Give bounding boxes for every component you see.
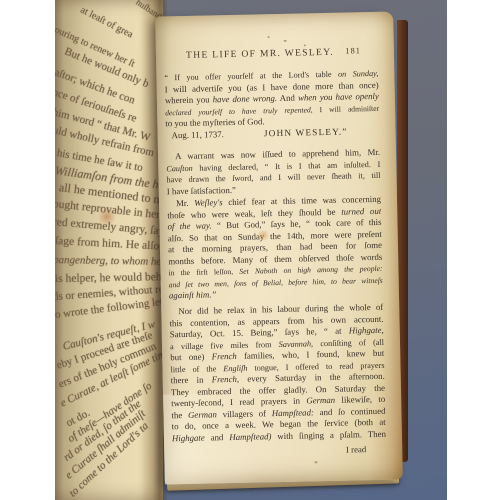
photo-canvas: huſband, dat leaſt of greaouring to rene…	[0, 0, 500, 500]
foxing-speck	[314, 461, 317, 463]
page-number: 181	[345, 46, 361, 55]
foxing-speck	[284, 40, 287, 42]
signature-text: JOHN WESLEY.”	[264, 127, 348, 141]
book-photo: huſband, dat leaſt of greaouring to rene…	[55, 0, 447, 500]
foxing-speck	[268, 36, 270, 38]
page-title: THE LIFE OF MR. WESLEY.	[186, 47, 334, 61]
date-text: Aug. 11, 1737.	[172, 129, 224, 142]
foxing-speck	[304, 44, 306, 46]
right-page: THE LIFE OF MR. WESLEY. 181 “ If you off…	[155, 12, 403, 485]
running-header: THE LIFE OF MR. WESLEY. 181	[164, 46, 378, 62]
left-page-text-fragment: at leaſt of grea	[79, 5, 135, 41]
paragraph-labour: Nor did he relax in his labour during th…	[169, 302, 386, 444]
paragraph-warrant: A warrant was now iſſued to apprehend hi…	[166, 147, 381, 197]
paragraph-quote: “ If you offer yourſelf at the Lord's ta…	[164, 68, 379, 130]
signature-line: Aug. 11, 1737. JOHN WESLEY.”	[172, 127, 348, 143]
paragraph-chief-fear: Mr. Weſley's chief fear at this time was…	[167, 194, 383, 302]
catchword: I read	[346, 444, 366, 454]
